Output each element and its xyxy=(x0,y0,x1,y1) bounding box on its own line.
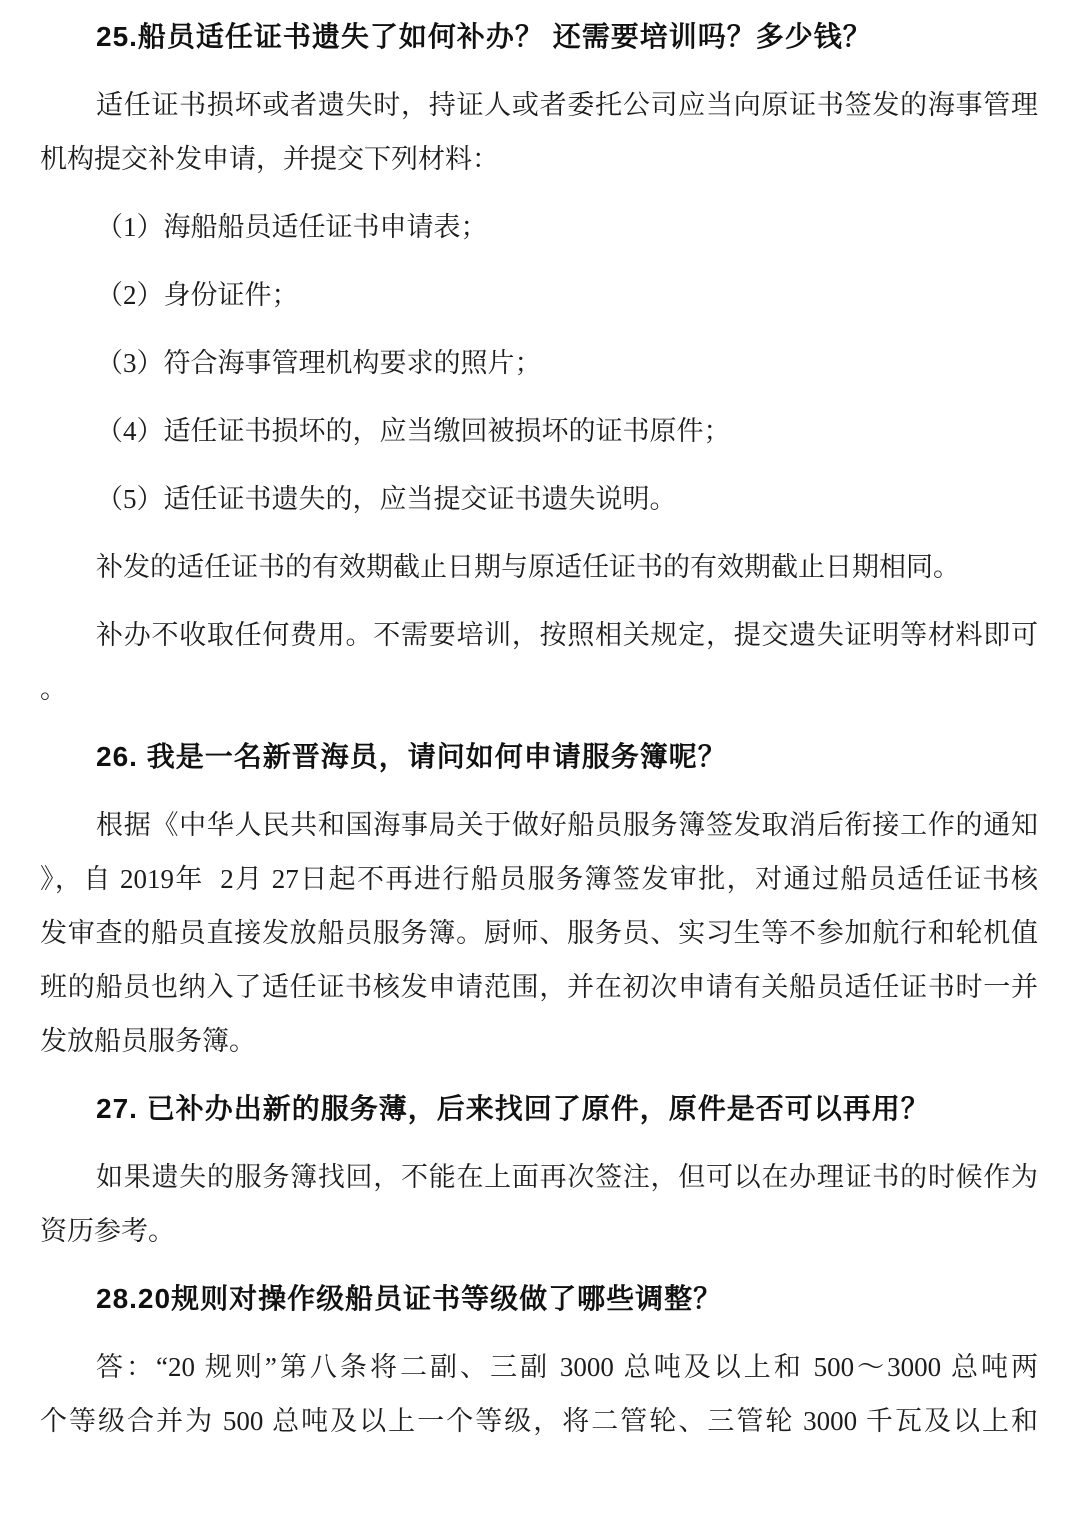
heading-line: 26. 我是一名新晋海员，请问如何申请服务簿呢？ xyxy=(40,730,1038,784)
paragraph-line: （1）海船船员适任证书申请表； xyxy=(40,200,1038,254)
paragraph-line: 发审查的船员直接发放船员服务簿。厨师、服务员、实习生等不参加航行和轮机值 xyxy=(40,906,1038,960)
paragraph-line: 根据《中华人民共和国海事局关于做好船员服务簿签发取消后衔接工作的通知 xyxy=(40,798,1038,852)
paragraph-line: 补发的适任证书的有效期截止日期与原适任证书的有效期截止日期相同。 xyxy=(40,540,1038,594)
question-27-heading: 27. 已补办出新的服务薄，后来找回了原件，原件是否可以再用？ xyxy=(40,1082,1038,1136)
paragraph-line: 发放船员服务簿。 xyxy=(40,1014,1038,1068)
paragraph-line: 答：“20 规则”第八条将二副、三副 3000 总吨及以上和 500～3000 … xyxy=(40,1340,1038,1394)
question-25-heading: 25.船员适任证书遗失了如何补办？ 还需要培训吗？多少钱？ xyxy=(40,10,1038,64)
heading-line: 27. 已补办出新的服务薄，后来找回了原件，原件是否可以再用？ xyxy=(40,1082,1038,1136)
answer-26-paragraph: 根据《中华人民共和国海事局关于做好船员服务簿签发取消后衔接工作的通知》，自 20… xyxy=(40,798,1038,1068)
paragraph-line: 资历参考。 xyxy=(40,1204,1038,1258)
heading-line: 25.船员适任证书遗失了如何补办？ 还需要培训吗？多少钱？ xyxy=(40,10,1038,64)
paragraph-line: 补办不收取任何费用。不需要培训，按照相关规定，提交遗失证明等材料即可 xyxy=(40,608,1038,662)
paragraph-line: 如果遗失的服务簿找回，不能在上面再次签注，但可以在办理证书的时候作为 xyxy=(40,1150,1038,1204)
document-page: 25.船员适任证书遗失了如何补办？ 还需要培训吗？多少钱？适任证书损坏或者遗失时… xyxy=(0,0,1080,1527)
paragraph-line: （2）身份证件； xyxy=(40,268,1038,322)
answer-27-paragraph: 如果遗失的服务簿找回，不能在上面再次签注，但可以在办理证书的时候作为资历参考。 xyxy=(40,1150,1038,1258)
paragraph-line: 个等级合并为 500 总吨及以上一个等级，将二管轮、三管轮 3000 千瓦及以上… xyxy=(40,1394,1038,1448)
material-list-item-1: （1）海船船员适任证书申请表； xyxy=(40,200,1038,254)
answer-28-paragraph: 答：“20 规则”第八条将二副、三副 3000 总吨及以上和 500～3000 … xyxy=(40,1340,1038,1448)
answer-25-intro-paragraph: 适任证书损坏或者遗失时，持证人或者委托公司应当向原证书签发的海事管理机构提交补发… xyxy=(40,78,1038,186)
material-list-item-4: （4）适任证书损坏的，应当缴回被损坏的证书原件； xyxy=(40,404,1038,458)
paragraph-line: （4）适任证书损坏的，应当缴回被损坏的证书原件； xyxy=(40,404,1038,458)
answer-25-validity-paragraph: 补发的适任证书的有效期截止日期与原适任证书的有效期截止日期相同。 xyxy=(40,540,1038,594)
question-28-heading: 28.20规则对操作级船员证书等级做了哪些调整？ xyxy=(40,1272,1038,1326)
material-list-item-5: （5）适任证书遗失的，应当提交证书遗失说明。 xyxy=(40,472,1038,526)
paragraph-line: 班的船员也纳入了适任证书核发申请范围，并在初次申请有关船员适任证书时一并 xyxy=(40,960,1038,1014)
material-list-item-3: （3）符合海事管理机构要求的照片； xyxy=(40,336,1038,390)
paragraph-line: 机构提交补发申请，并提交下列材料： xyxy=(40,132,1038,186)
paragraph-line: 适任证书损坏或者遗失时，持证人或者委托公司应当向原证书签发的海事管理 xyxy=(40,78,1038,132)
heading-line: 28.20规则对操作级船员证书等级做了哪些调整？ xyxy=(40,1272,1038,1326)
paragraph-line: 》，自 2019年 2月 27日起不再进行船员服务簿签发审批，对通过船员适任证书… xyxy=(40,852,1038,906)
question-26-heading: 26. 我是一名新晋海员，请问如何申请服务簿呢？ xyxy=(40,730,1038,784)
paragraph-line: （5）适任证书遗失的，应当提交证书遗失说明。 xyxy=(40,472,1038,526)
document-body: 25.船员适任证书遗失了如何补办？ 还需要培训吗？多少钱？适任证书损坏或者遗失时… xyxy=(40,10,1038,1462)
answer-25-fee-paragraph: 补办不收取任何费用。不需要培训，按照相关规定，提交遗失证明等材料即可。 xyxy=(40,608,1038,716)
paragraph-line: 。 xyxy=(40,662,1038,716)
material-list-item-2: （2）身份证件； xyxy=(40,268,1038,322)
paragraph-line: （3）符合海事管理机构要求的照片； xyxy=(40,336,1038,390)
